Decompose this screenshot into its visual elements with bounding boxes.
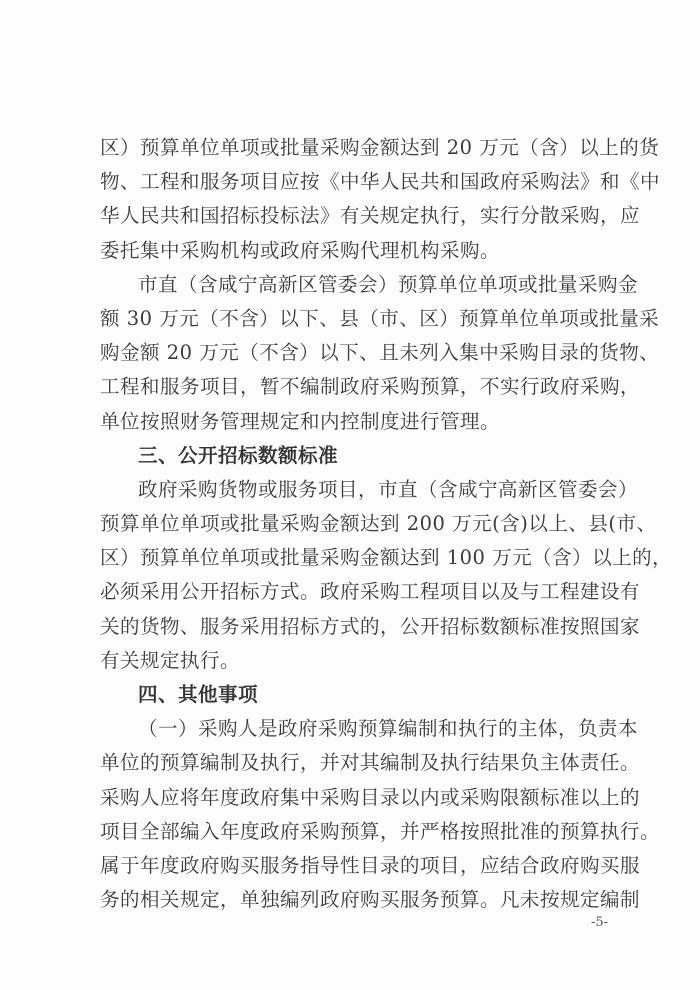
text-line: 采购人应将年度政府集中采购目录以内或采购限额标准以上的 — [100, 781, 614, 815]
paragraph-start-line: （一）采购人是政府采购预算编制和执行的主体，负责本 — [100, 712, 614, 746]
text-line: 属于年度政府购买服务指导性目录的项目，应结合政府购买服 — [100, 849, 614, 883]
text-line: 购金额 20 万元（不含）以下、且未列入集中采购目录的货物、 — [100, 336, 614, 370]
text-line: 必须采用公开招标方式。政府采购工程项目以及与工程建设有 — [100, 575, 614, 609]
text-line: 单位按照财务管理规定和内控制度进行管理。 — [100, 405, 614, 439]
text-line: 物、工程和服务项目应按《中华人民共和国政府采购法》和《中 — [100, 165, 614, 199]
text-line: 工程和服务项目，暂不编制政府采购预算，不实行政府采购， — [100, 370, 614, 404]
text-line: 区）预算单位单项或批量采购金额达到 100 万元（含）以上的， — [100, 541, 614, 575]
text-line: 务的相关规定，单独编列政府购买服务预算。凡未按规定编制 — [100, 883, 614, 917]
text-line: 关的货物、服务采用招标方式的，公开招标数额标准按照国家 — [100, 610, 614, 644]
text-line: 委托集中采购机构或政府采购代理机构采购。 — [100, 234, 614, 268]
page-number: -5- — [591, 915, 608, 930]
text-line: 预算单位单项或批量采购金额达到 200 万元(含)以上、县(市、 — [100, 507, 614, 541]
document-body: 区）预算单位单项或批量采购金额达到 20 万元（含）以上的货 物、工程和服务项目… — [100, 131, 614, 917]
section-heading-4: 四、其他事项 — [100, 678, 614, 712]
section-heading-3: 三、公开招标数额标准 — [100, 439, 614, 473]
text-line: 额 30 万元（不含）以下、县（市、区）预算单位单项或批量采 — [100, 302, 614, 336]
text-line: 区）预算单位单项或批量采购金额达到 20 万元（含）以上的货 — [100, 131, 614, 165]
paragraph-start-line: 市直（含咸宁高新区管委会）预算单位单项或批量采购金 — [100, 268, 614, 302]
text-line: 项目全部编入年度政府采购预算，并严格按照批准的预算执行。 — [100, 815, 614, 849]
text-line: 单位的预算编制及执行，并对其编制及执行结果负主体责任。 — [100, 746, 614, 780]
paragraph-start-line: 政府采购货物或服务项目，市直（含咸宁高新区管委会） — [100, 473, 614, 507]
text-line: 有关规定执行。 — [100, 644, 614, 678]
text-line: 华人民共和国招标投标法》有关规定执行，实行分散采购，应 — [100, 199, 614, 233]
document-page: 区）预算单位单项或批量采购金额达到 20 万元（含）以上的货 物、工程和服务项目… — [0, 0, 700, 990]
